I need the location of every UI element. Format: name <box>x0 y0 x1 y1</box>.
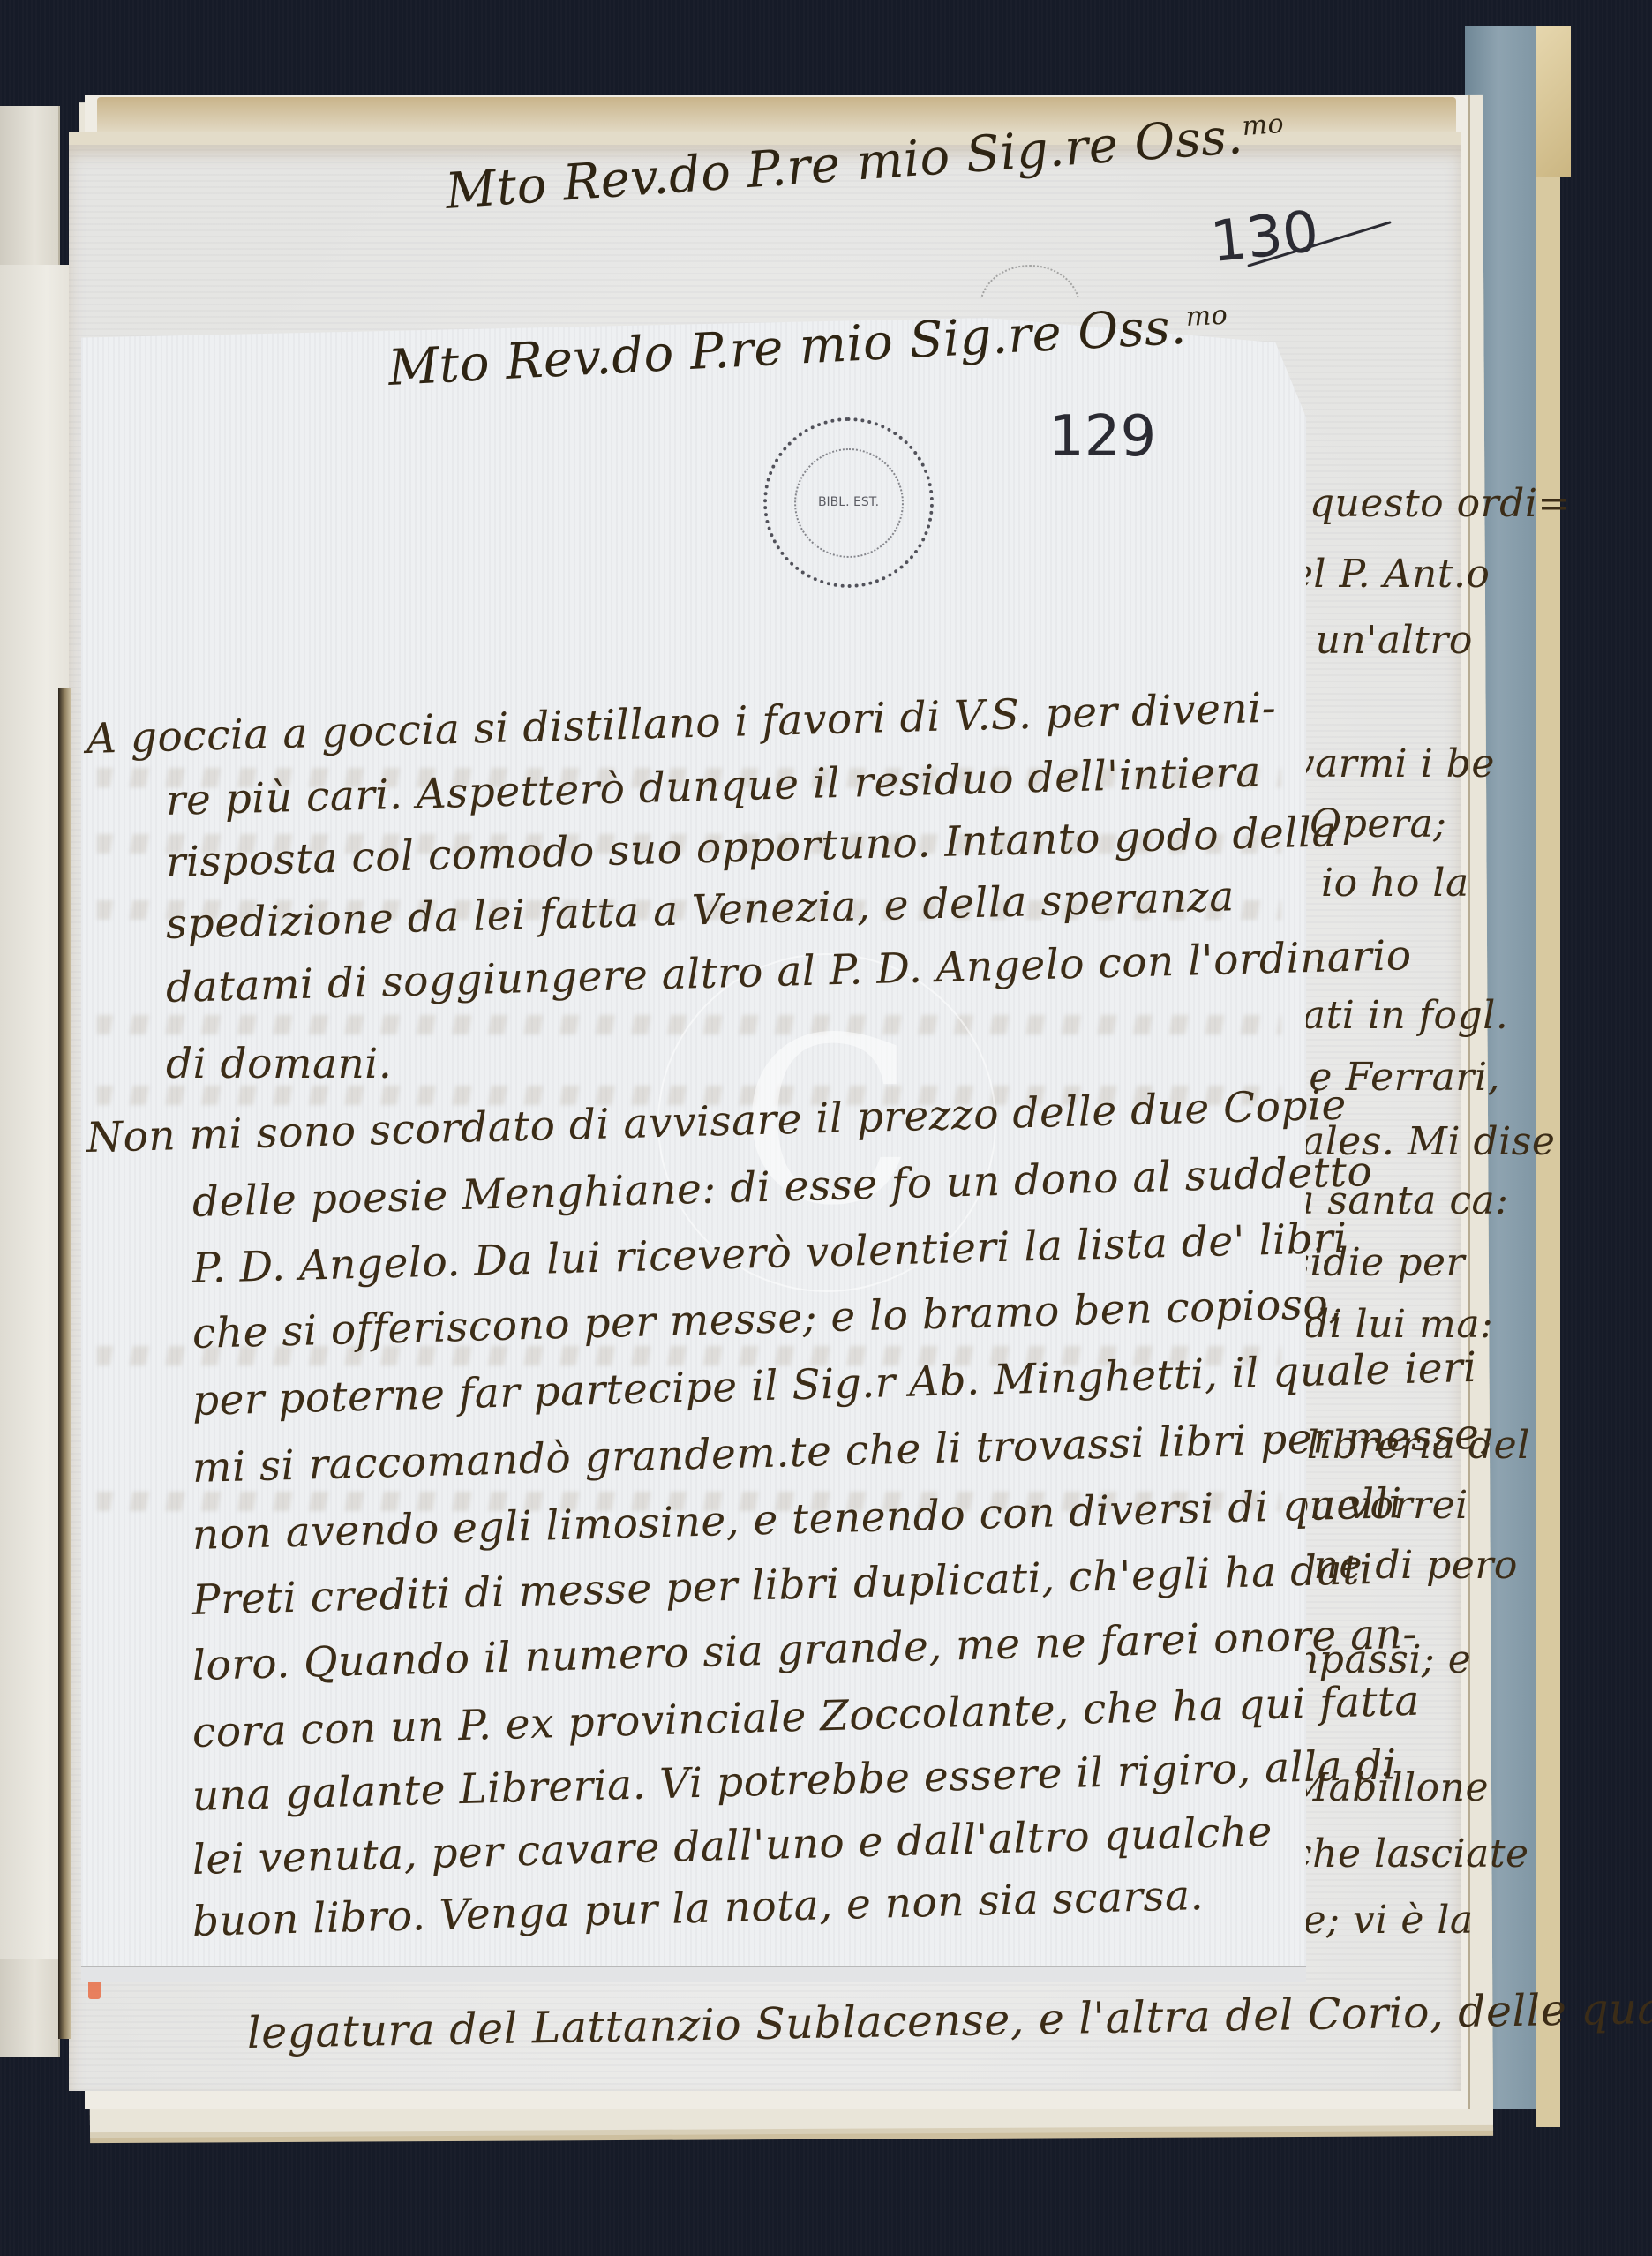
folio-number-130: 130 <box>1207 199 1321 275</box>
cover-edge <box>1536 26 1560 2127</box>
letter-line: di domani. <box>166 1040 392 1088</box>
slip-bottom-edge <box>81 1966 1306 1982</box>
outer-fragment: ie; vi è la <box>1290 1898 1474 1943</box>
cover-corner-fold <box>1536 26 1571 177</box>
folio-number-129: 129 <box>1048 404 1156 470</box>
slip-salutation-superscript: mo <box>1185 300 1228 333</box>
outer-salutation-superscript: mo <box>1241 109 1285 142</box>
archive-stamp-inner: BIBL. EST. <box>794 448 904 558</box>
gutter-shadow <box>58 688 71 2039</box>
archive-stamp: BIBL. EST. <box>763 417 934 588</box>
outer-fragment: che lasciate <box>1290 1831 1529 1876</box>
